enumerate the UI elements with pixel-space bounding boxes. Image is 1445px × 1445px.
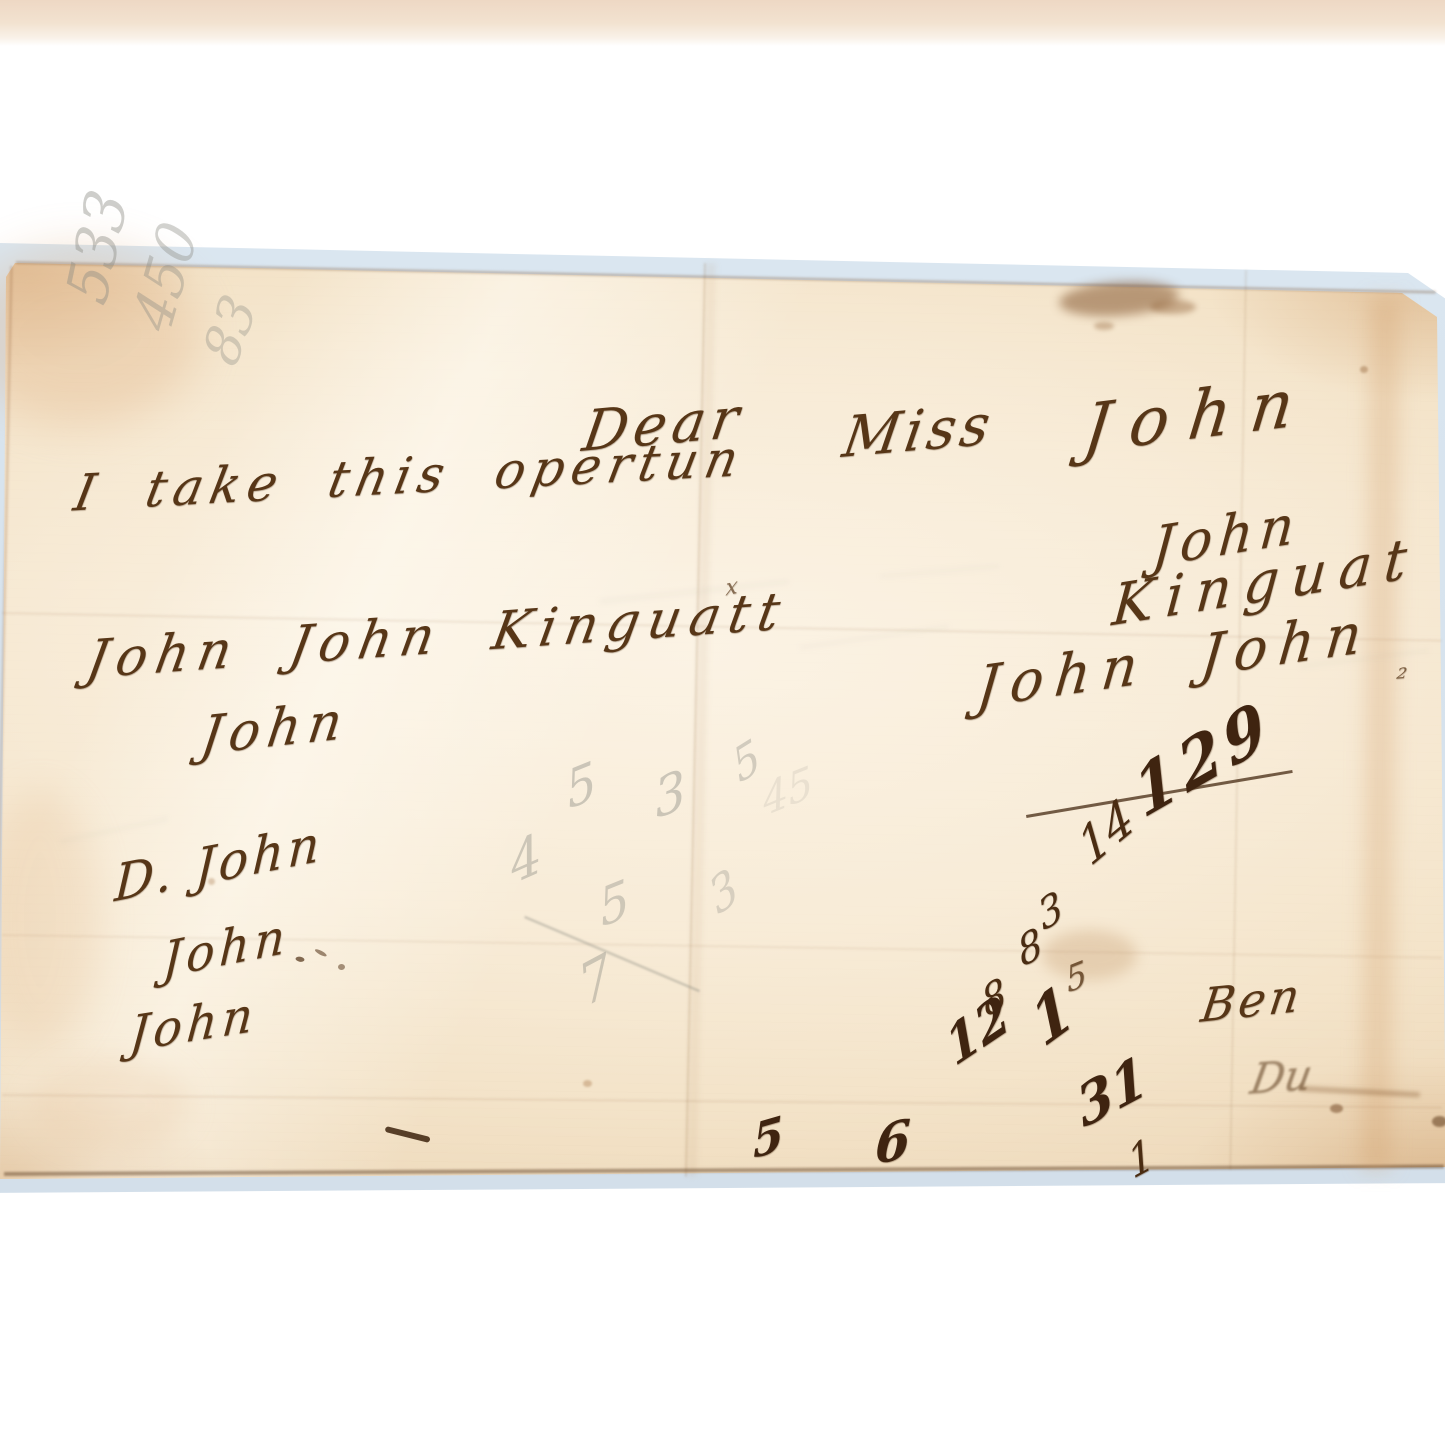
ink-tick: x [725, 575, 738, 600]
ink-dash-blot [385, 1126, 431, 1143]
pencil-figure-7: 7 [574, 946, 618, 1016]
crease-horizontal-lower [2, 1094, 1442, 1109]
stain-left-mid [0, 790, 100, 1050]
ink-speck-3 [338, 964, 345, 970]
smudge-top-edge-2 [1150, 300, 1196, 314]
num-14: 14 [1072, 791, 1140, 875]
pencil-figure-3-b: 3 [703, 861, 744, 922]
pencil-figure-4: 4 [506, 827, 546, 893]
fox-dot-3 [583, 1080, 592, 1087]
num-31: 31 [1072, 1047, 1152, 1136]
paper-edge-bottom-shadow [4, 1164, 1444, 1176]
ink-speck-2 [314, 948, 327, 958]
ink-smear-tail-du [1300, 1086, 1420, 1097]
word-john-top-right: John [1080, 368, 1317, 464]
line-john-john-kinguatt: John John Kinguatt [83, 585, 792, 687]
pencil-ghost-45: 45 [760, 760, 816, 823]
ghost-squiggle-3 [880, 565, 1000, 578]
word-du-smeared: Du [1247, 1054, 1315, 1101]
stain-bottom-left [30, 1060, 190, 1150]
word-ben: Ben [1198, 971, 1306, 1029]
marks-layer: 53345083534537545DearMissJohnI take this… [0, 0, 1445, 1445]
pencil-figure-3-a: 3 [652, 763, 689, 828]
num-6-bottom: 6 [874, 1112, 911, 1173]
paper-edge-top-shadow [16, 261, 1436, 294]
num-5-a: 5 [1064, 956, 1089, 999]
ink-speck-1 [295, 956, 305, 962]
letter-scan-photo: 53345083534537545DearMissJohnI take this… [0, 0, 1445, 1445]
line-opening: I take this opertun [70, 433, 749, 519]
num-5-bottom: 5 [752, 1109, 784, 1165]
num-8-a: 8 [1014, 922, 1046, 974]
word-john-left-4: John [161, 911, 290, 985]
word-d-john: D. John [113, 817, 324, 909]
fox-dot-6 [1094, 322, 1114, 330]
fox-dot-2 [1432, 1116, 1445, 1127]
pencil-figure-5-b: 5 [596, 872, 633, 935]
word-john-left-5: John [128, 990, 260, 1059]
num-3: 3 [1034, 885, 1067, 937]
num-1-b: 1 [1124, 1131, 1158, 1186]
pencil-figure-83: 83 [196, 288, 266, 373]
word-miss: Miss [839, 397, 998, 467]
fox-dot-4 [1360, 366, 1368, 373]
paper-edge-right-band [1361, 298, 1400, 1170]
num-129: 129 [1128, 690, 1279, 830]
word-john-left-3: John [198, 695, 353, 764]
pencil-figure-5-a: 5 [563, 754, 600, 817]
